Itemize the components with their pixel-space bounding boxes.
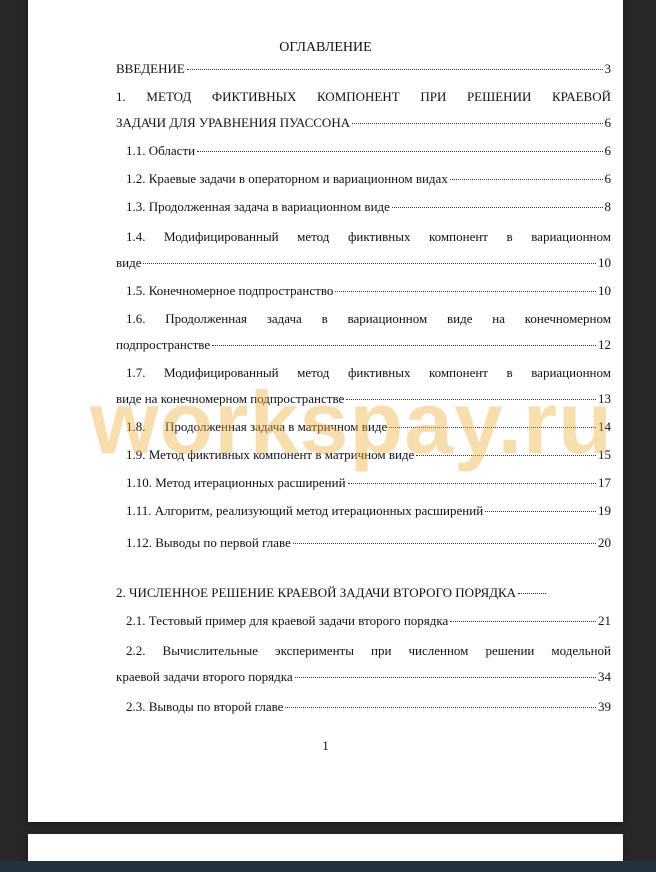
toc-page-number: 14 — [598, 418, 611, 436]
dot-leader — [295, 676, 596, 678]
toc-entry-text: 1.6. Продолженная задача в вариационном … — [126, 310, 611, 328]
dot-leader — [416, 454, 596, 456]
toc-entry[interactable]: 1.4. Модифицированный метод фиктивных ко… — [126, 228, 611, 246]
toc-entry[interactable]: ЗАДАЧИ ДЛЯ УРАВНЕНИЯ ПУАССОНА6 — [116, 114, 611, 132]
toc-entry-text: 2.1. Тестовый пример для краевой задачи … — [126, 612, 448, 630]
toc-page-number: 12 — [598, 336, 611, 354]
toc-page-number: 19 — [598, 502, 611, 520]
dot-leader — [293, 542, 596, 544]
toc-page-number: 10 — [598, 282, 611, 300]
toc-entry-text: 1.10. Метод итерационных расширений — [126, 474, 346, 492]
toc-entry[interactable]: краевой задачи второго порядка34 — [116, 668, 611, 686]
toc-entry-text: ЗАДАЧИ ДЛЯ УРАВНЕНИЯ ПУАССОНА — [116, 114, 350, 132]
toc-page-number: 6 — [605, 170, 612, 188]
dot-leader — [285, 706, 596, 708]
toc-entry-text: краевой задачи второго порядка — [116, 668, 293, 686]
document-viewer[interactable]: ОГЛАВЛЕНИЕ ВВЕДЕНИЕ31. МЕТОД ФИКТИВНЫХ К… — [0, 0, 656, 861]
dot-leader — [187, 68, 603, 70]
toc-page-number: 3 — [605, 60, 612, 78]
toc-entry[interactable]: виде10 — [116, 254, 611, 272]
dot-leader — [143, 262, 596, 264]
toc-entry-text: 2. ЧИСЛЕННОЕ РЕШЕНИЕ КРАЕВОЙ ЗАДАЧИ ВТОР… — [116, 584, 516, 602]
dot-leader — [389, 426, 596, 428]
toc-entry-text: ВВЕДЕНИЕ — [116, 60, 185, 78]
toc-entry[interactable]: 1.10. Метод итерационных расширений17 — [126, 474, 611, 492]
toc-entry-text: 1.11. Алгоритм, реализующий метод итерац… — [126, 502, 483, 520]
toc-entry[interactable]: 2. ЧИСЛЕННОЕ РЕШЕНИЕ КРАЕВОЙ ЗАДАЧИ ВТОР… — [116, 584, 611, 602]
toc-entry-text: 1.9. Метод фиктивных компонент в матричн… — [126, 446, 414, 464]
bottom-bar — [0, 861, 656, 872]
toc-entry-text: 1.4. Модифицированный метод фиктивных ко… — [126, 228, 611, 246]
toc-entry[interactable]: 1.11. Алгоритм, реализующий метод итерац… — [126, 502, 611, 520]
dot-leader — [346, 398, 596, 400]
dot-leader — [485, 510, 596, 512]
dot-leader — [450, 178, 603, 180]
dot-leader — [197, 150, 602, 152]
toc-entry-text: 2.3. Выводы по второй главе — [126, 698, 283, 716]
toc-entry[interactable]: 1.6. Продолженная задача в вариационном … — [126, 310, 611, 328]
toc-entry[interactable]: ВВЕДЕНИЕ3 — [116, 60, 611, 78]
toc-entry-text: 1.8. Продолженная задача в матричном вид… — [126, 418, 387, 436]
toc-entry[interactable]: подпространстве12 — [116, 336, 611, 354]
toc-entry-text: подпространстве — [116, 336, 210, 354]
toc-page-number: 20 — [598, 534, 611, 552]
toc-entry-text: 1. МЕТОД ФИКТИВНЫХ КОМПОНЕНТ ПРИ РЕШЕНИИ… — [116, 88, 611, 106]
dot-leader — [518, 592, 546, 594]
toc-entry[interactable]: 2.3. Выводы по второй главе39 — [126, 698, 611, 716]
toc-page-number: 13 — [598, 390, 611, 408]
toc-entry-text: 2.2. Вычислительные эксперименты при чис… — [126, 642, 611, 660]
toc-page-number: 15 — [598, 446, 611, 464]
dot-leader — [450, 620, 596, 622]
toc-entry[interactable]: 1.2. Краевые задачи в операторном и вари… — [126, 170, 611, 188]
page-number: 1 — [28, 738, 623, 754]
toc-entry-text: 1.2. Краевые задачи в операторном и вари… — [126, 170, 448, 188]
toc-entry-text: 1.1. Области — [126, 142, 195, 160]
toc-entry-text: 1.12. Выводы по первой главе — [126, 534, 291, 552]
toc-page-number: 6 — [605, 114, 612, 132]
toc-entry-text: 1.7. Модифицированный метод фиктивных ко… — [126, 364, 611, 382]
toc-entry[interactable]: 1.1. Области6 — [126, 142, 611, 160]
toc-entry[interactable]: 2.2. Вычислительные эксперименты при чис… — [126, 642, 611, 660]
toc-title: ОГЛАВЛЕНИЕ — [28, 40, 623, 56]
toc-page-number: 39 — [598, 698, 611, 716]
document-page: ОГЛАВЛЕНИЕ ВВЕДЕНИЕ31. МЕТОД ФИКТИВНЫХ К… — [28, 0, 623, 822]
toc-page-number: 8 — [605, 198, 612, 216]
dot-leader — [352, 122, 602, 124]
toc-page-number: 10 — [598, 254, 611, 272]
dot-leader — [335, 290, 596, 292]
toc-entry[interactable]: 2.1. Тестовый пример для краевой задачи … — [126, 612, 611, 630]
toc-entry[interactable]: 1.8. Продолженная задача в матричном вид… — [126, 418, 611, 436]
toc-entry-text: виде — [116, 254, 141, 272]
dot-leader — [392, 206, 603, 208]
toc-entry-text: 1.3. Продолженная задача в вариационном … — [126, 198, 390, 216]
toc-page-number: 6 — [605, 142, 612, 160]
toc-entry[interactable]: 1.9. Метод фиктивных компонент в матричн… — [126, 446, 611, 464]
toc-entry[interactable]: 1.7. Модифицированный метод фиктивных ко… — [126, 364, 611, 382]
toc-page-number: 34 — [598, 668, 611, 686]
toc-entry[interactable]: 1.3. Продолженная задача в вариационном … — [126, 198, 611, 216]
toc-entry[interactable]: 1.5. Конечномерное подпространство10 — [126, 282, 611, 300]
toc-entry-text: 1.5. Конечномерное подпространство — [126, 282, 333, 300]
toc-entry[interactable]: виде на конечномерном подпространстве13 — [116, 390, 611, 408]
toc-page-number: 21 — [598, 612, 611, 630]
dot-leader — [348, 482, 596, 484]
toc-entry[interactable]: 1. МЕТОД ФИКТИВНЫХ КОМПОНЕНТ ПРИ РЕШЕНИИ… — [116, 88, 611, 106]
toc-page-number: 17 — [598, 474, 611, 492]
toc-entry-text: виде на конечномерном подпространстве — [116, 390, 344, 408]
dot-leader — [212, 344, 596, 346]
toc-entry[interactable]: 1.12. Выводы по первой главе20 — [126, 534, 611, 552]
